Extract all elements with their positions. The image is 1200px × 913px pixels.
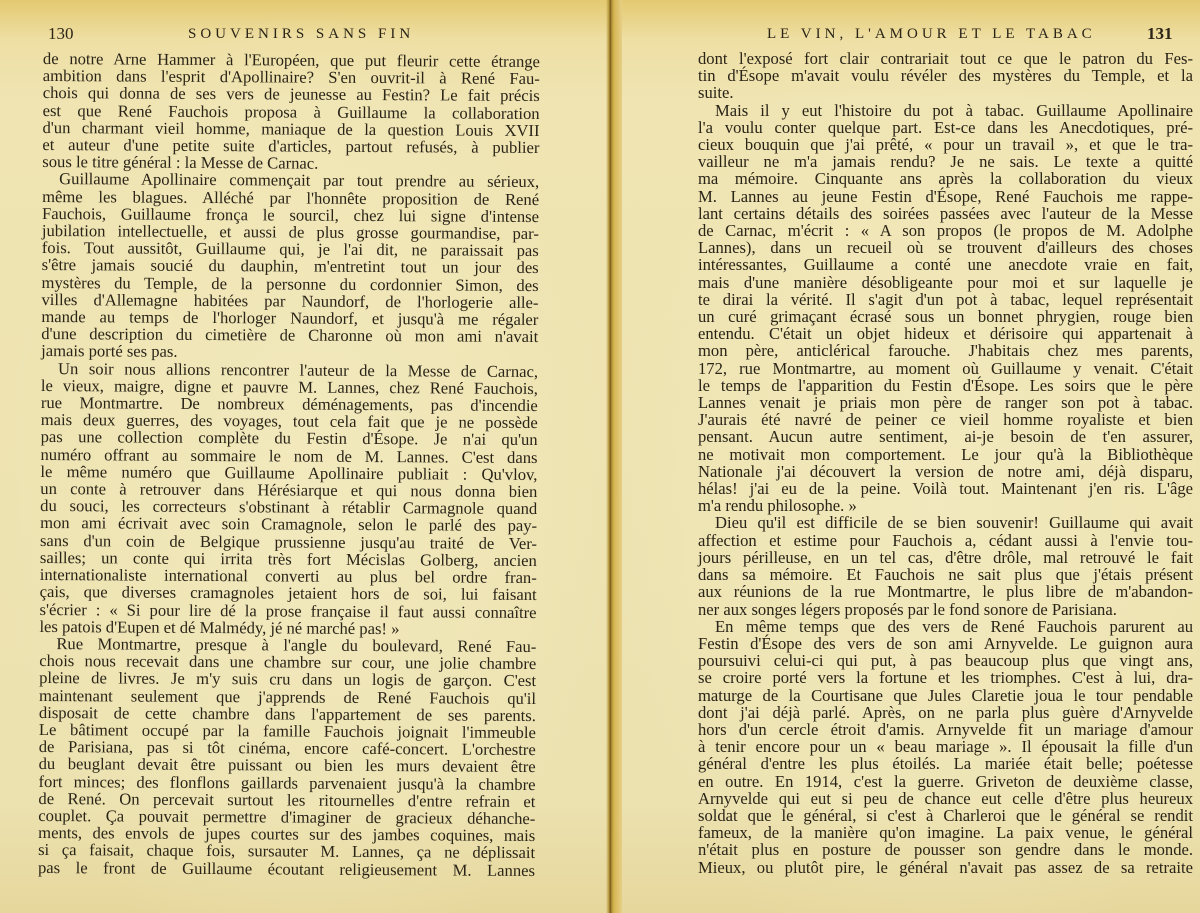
page-number: 131 [1147, 24, 1173, 44]
book-spread: 130 SOUVENIRS SANS FIN de notre Arne Ham… [0, 0, 1200, 913]
running-head-title: SOUVENIRS SANS FIN [188, 26, 414, 43]
text-line: fameux, de la manière qu'on imagine. La … [698, 824, 1193, 841]
text-line: dont j'ai déjà parlé. Après, on ne parla… [698, 704, 1193, 721]
text-line: vailleur ne m'a jamais rendu? Je ne sais… [698, 153, 1193, 170]
text-line: pas le front de Guillaume écoutant relig… [38, 859, 535, 879]
text-line: mais d'une manière désobligeante pour mo… [698, 274, 1193, 291]
text-line: un curé grimaçant écrasé sous un bonnet … [698, 308, 1193, 325]
text-line: dans sa mémoire. Et Fauchois ne sait plu… [698, 566, 1193, 583]
text-line: ne motivait mon comportement. Le jour qu… [698, 446, 1193, 463]
text-line: à tenir encore pour un « beau mariage ».… [698, 738, 1193, 755]
text-line: suite. [698, 84, 1193, 101]
text-line: En même temps que des vers de René Fauch… [698, 618, 1193, 635]
text-line: de Carnac, m'écrit : « A son propos (le … [698, 222, 1193, 239]
text-line: lant certains détails des soirées passée… [698, 205, 1193, 222]
text-line: Dieu qu'il est difficile de se bien souv… [698, 514, 1193, 531]
text-line: en outre. En 1914, c'est la guerre. Griv… [698, 773, 1193, 790]
text-line: dont l'exposé fort clair contrariait tou… [698, 50, 1193, 67]
text-line: ner aux songes légers proposés par le fo… [698, 601, 1193, 618]
text-line: se croire porté vers la fortune et les t… [698, 669, 1193, 686]
text-line: soldat que le général, si c'est à Charle… [698, 807, 1193, 824]
text-line: Nationale j'ai découvert la version de n… [698, 463, 1193, 480]
text-line: M. Lannes au jeune Festin d'Ésope, René … [698, 188, 1193, 205]
text-line: cieux bouquin que j'ai prêté, « pour un … [698, 136, 1193, 153]
text-line: tin d'Ésope m'avait voulu révéler des my… [698, 67, 1193, 84]
text-line: Mieux, ou plutôt pire, le général n'avai… [698, 859, 1193, 876]
text-line: Lannes), dans un recueil où se trouvent … [698, 239, 1193, 256]
text-line: hors d'un cercle étroit d'amis. Arnyveld… [698, 721, 1193, 738]
text-line: Lannes venait je priais mon père de rang… [698, 394, 1193, 411]
text-line: pensant. Aucun autre sentiment, ai-je be… [698, 428, 1193, 445]
text-line: jours périlleuse, en un tel cas, d'être … [698, 549, 1193, 566]
text-line: te dirai la vérité. Il s'agit d'un pot à… [698, 291, 1193, 308]
left-body-text: de notre Arne Hammer à l'Européen, que p… [38, 50, 540, 879]
text-line: Arnyvelde qui eut si peu de chance eut c… [698, 790, 1193, 807]
text-line: mon père, anticlérical farouche. J'habit… [698, 342, 1193, 359]
text-line: entendu. C'était un objet hideux et déri… [698, 325, 1193, 342]
right-page: LE VIN, L'AMOUR ET LE TABAC 131 dont l'e… [612, 0, 1200, 913]
running-head-title: LE VIN, L'AMOUR ET LE TABAC [767, 26, 1096, 43]
text-line: le temps de l'apparition du Festin d'Éso… [698, 377, 1193, 394]
left-page: 130 SOUVENIRS SANS FIN de notre Arne Ham… [0, 0, 612, 913]
text-line: aux réunions de la rue Montmartre, le pl… [698, 583, 1193, 600]
text-line: n'était plus en posture de pousser son g… [698, 841, 1193, 858]
text-line: 172, rue Montmartre, au moment où Guilla… [698, 360, 1193, 377]
text-line: Festin d'Ésope des vers de son ami Arnyv… [698, 635, 1193, 652]
text-line: intéressantes, Guillaume a conté une ane… [698, 256, 1193, 273]
right-body-text: dont l'exposé fort clair contrariait tou… [698, 50, 1193, 876]
text-line: hélas! j'ai eu de la peine. Voilà tout. … [698, 480, 1193, 497]
text-line: général d'entre les plus étoilés. La mar… [698, 755, 1193, 772]
text-line: ma mémoire. Cinquante ans après la colla… [698, 170, 1193, 187]
text-line: poursuivi celui-ci qui put, à pas beauco… [698, 652, 1193, 669]
text-line: l'a voulu conter quelque part. Est-ce da… [698, 119, 1193, 136]
text-line: maturge de la Courtisane que Jules Clare… [698, 687, 1193, 704]
text-line: J'aurais été navré de peiner ce vieil ho… [698, 411, 1193, 428]
text-line: Mais il y eut l'histoire du pot à tabac.… [698, 102, 1193, 119]
text-line: affection et estime pour Fauchois a, céd… [698, 532, 1193, 549]
text-line: m'a rendu philosophe. » [698, 497, 1193, 514]
page-number: 130 [48, 24, 74, 44]
